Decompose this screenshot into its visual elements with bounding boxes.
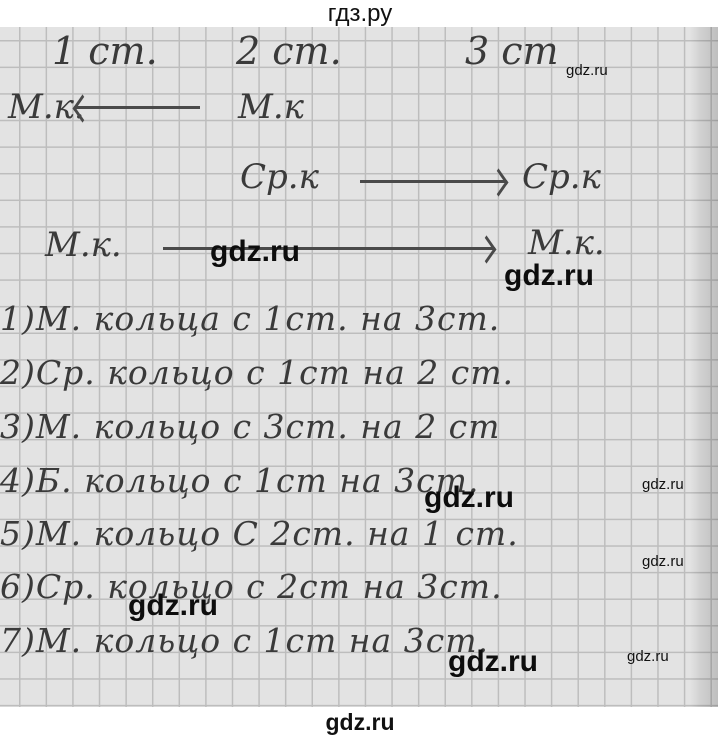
column-1-label: 1 ст. <box>52 29 158 73</box>
watermark: gdz.ru <box>424 481 514 515</box>
watermark: gdz.ru <box>566 62 608 79</box>
column-3-label: 3 ст <box>465 29 559 73</box>
arrow-left-icon <box>76 106 200 109</box>
column-2-label: 2 ст. <box>236 29 342 73</box>
row3-right-label: М.к. <box>528 223 605 263</box>
step-number: 3) <box>0 407 36 446</box>
graph-paper: 1 ст. 2 ст. 3 ст М.к. М.к Ср.к Ср.к М.к.… <box>0 27 718 707</box>
step-7: 7)М. кольцо с 1ст на 3ст. <box>0 621 489 660</box>
step-number: 5) <box>0 514 36 553</box>
step-1: 1)М. кольца с 1ст. на 3ст. <box>0 299 500 338</box>
watermark: gdz.ru <box>504 259 594 293</box>
watermark: gdz.ru <box>627 648 669 665</box>
step-text: Ср. кольцо с 2ст на 3ст. <box>36 567 503 606</box>
watermark: gdz.ru <box>642 553 684 570</box>
step-number: 1) <box>0 299 36 338</box>
step-number: 2) <box>0 353 36 392</box>
step-5: 5)М. кольцо С 2ст. на 1 ст. <box>0 514 519 553</box>
row2-right-label: Ср.к <box>522 157 601 197</box>
header-watermark: гдз.ру <box>0 0 720 28</box>
step-4: 4)Б. кольцо с 1ст на 3ст. <box>0 461 479 500</box>
watermark: gdz.ru <box>210 235 300 269</box>
watermark: gdz.ru <box>128 589 218 623</box>
step-text: Ср. кольцо с 1ст на 2 ст. <box>36 353 514 392</box>
step-text: Б. кольцо с 1ст на 3ст. <box>36 461 480 500</box>
step-text: М. кольцо с 3ст. на 2 ст <box>36 407 501 446</box>
step-number: 7) <box>0 621 36 660</box>
step-number: 6) <box>0 567 36 606</box>
row1-right-label: М.к <box>238 87 304 127</box>
watermark: gdz.ru <box>448 645 538 679</box>
watermark: gdz.ru <box>642 476 684 493</box>
row3-left-label: М.к. <box>45 225 122 265</box>
row2-left-label: Ср.к <box>240 157 319 197</box>
footer-watermark: gdz.ru <box>0 706 720 739</box>
step-text: М. кольцо С 2ст. на 1 ст. <box>36 514 519 553</box>
step-text: М. кольцо с 1ст на 3ст. <box>36 621 489 660</box>
step-text: М. кольца с 1ст. на 3ст. <box>36 299 500 338</box>
step-6: 6)Ср. кольцо с 2ст на 3ст. <box>0 567 503 606</box>
step-2: 2)Ср. кольцо с 1ст на 2 ст. <box>0 353 514 392</box>
arrow-right-icon <box>360 180 505 183</box>
step-3: 3)М. кольцо с 3ст. на 2 ст <box>0 407 500 446</box>
step-number: 4) <box>0 461 36 500</box>
